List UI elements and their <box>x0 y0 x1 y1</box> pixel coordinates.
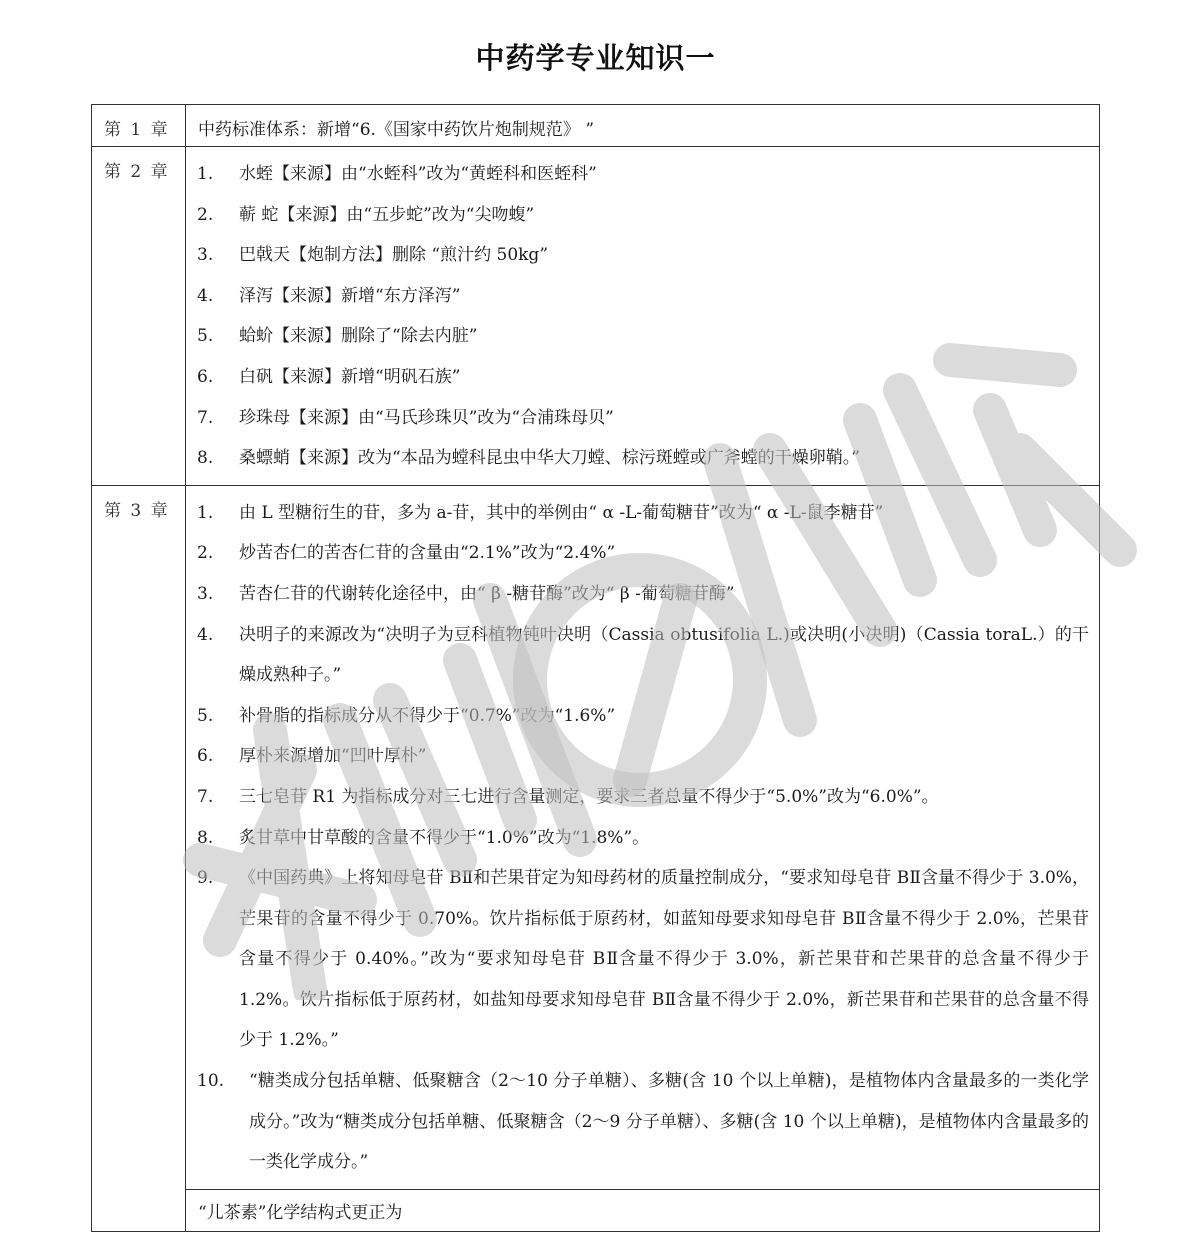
item-text: 巴戟天【炮制方法】删除 “煎汁约 50kg” <box>239 235 1099 276</box>
list-item: 10.“糖类成分包括单糖、低聚糖含（2～10 分子单糖）、多糖(含 10 个以上… <box>186 1061 1099 1183</box>
item-number: 5. <box>186 696 239 737</box>
item-text: 珍珠母【来源】由“马氏珍珠贝”改为“合浦珠母贝” <box>239 398 1099 439</box>
item-text: 水蛭【来源】由“水蛭科”改为“黄蛭科和医蛭科” <box>239 154 1099 195</box>
item-text: 苦杏仁苷的代谢转化途径中，由“ β -糖苷酶”改为“ β -葡萄糖苷酶” <box>239 574 1099 615</box>
item-number: 1. <box>186 154 239 195</box>
item-text: 泽泻【来源】新增“东方泽泻” <box>239 276 1099 317</box>
item-text: 炒苦杏仁的苦杏仁苷的含量由“2.1%”改为“2.4%” <box>239 533 1099 574</box>
item-text: 《中国药典》上将知母皂苷 BⅡ和芒果苷定为知母药材的质量控制成分，“要求知母皂苷… <box>239 858 1099 1061</box>
item-number: 7. <box>186 777 239 818</box>
list-item: 4.决明子的来源改为“决明子为豆科植物钝叶决明（Cassia obtusifol… <box>186 615 1099 696</box>
item-number: 3. <box>186 235 239 276</box>
list-item: 7.三七皂苷 R1 为指标成分对三七进行含量测定，要求三者总量不得少于“5.0%… <box>186 777 1099 818</box>
item-number: 4. <box>186 276 239 317</box>
item-number: 6. <box>186 736 239 777</box>
item-number: 8. <box>186 438 239 479</box>
change-list: 1.水蛭【来源】由“水蛭科”改为“黄蛭科和医蛭科” 2.蕲 蛇【来源】由“五步蛇… <box>186 147 1099 485</box>
list-item: 8.桑螵蛸【来源】改为“本品为螳科昆虫中华大刀螳、棕污斑螳或广斧螳的干燥卵鞘。” <box>186 438 1099 479</box>
item-number: 8. <box>186 818 239 859</box>
item-number: 2. <box>186 533 239 574</box>
item-number: 9. <box>186 858 239 1061</box>
list-item: 3.苦杏仁苷的代谢转化途径中，由“ β -糖苷酶”改为“ β -葡萄糖苷酶” <box>186 574 1099 615</box>
item-text: 厚朴来源增加“凹叶厚朴” <box>239 736 1099 777</box>
item-text: 蛤蚧【来源】删除了“除去内脏” <box>239 316 1099 357</box>
item-number: 7. <box>186 398 239 439</box>
item-text: 决明子的来源改为“决明子为豆科植物钝叶决明（Cassia obtusifolia… <box>239 615 1099 696</box>
catechin-note: “儿茶素”化学结构式更正为 <box>186 1189 1100 1231</box>
change-list: 1.由 L 型糖衍生的苷，多为 a-苷，其中的举例由“ α -L-葡萄糖苷”改为… <box>186 486 1099 1189</box>
list-item: 9.《中国药典》上将知母皂苷 BⅡ和芒果苷定为知母药材的质量控制成分，“要求知母… <box>186 858 1099 1061</box>
chapter-row-3: 第 3 章 1.由 L 型糖衍生的苷，多为 a-苷，其中的举例由“ α -L-葡… <box>92 485 1100 1189</box>
item-number: 4. <box>186 615 239 696</box>
item-number: 10. <box>186 1061 249 1183</box>
item-number: 2. <box>186 195 239 236</box>
list-item: 1.由 L 型糖衍生的苷，多为 a-苷，其中的举例由“ α -L-葡萄糖苷”改为… <box>186 493 1099 534</box>
chapter-row-1: 第 1 章 中药标准体系：新增“6.《国家中药饮片炮制规范》 ” <box>92 105 1100 147</box>
list-item: 7.珍珠母【来源】由“马氏珍珠贝”改为“合浦珠母贝” <box>186 398 1099 439</box>
list-item: 6.白矾【来源】新增“明矾石族” <box>186 357 1099 398</box>
item-number: 3. <box>186 574 239 615</box>
chapter-content: 中药标准体系：新增“6.《国家中药饮片炮制规范》 ” <box>186 105 1100 147</box>
item-text: 由 L 型糖衍生的苷，多为 a-苷，其中的举例由“ α -L-葡萄糖苷”改为“ … <box>239 493 1099 534</box>
item-number: 1. <box>186 493 239 534</box>
chapter-label: 第 1 章 <box>92 105 186 147</box>
item-number: 6. <box>186 357 239 398</box>
item-text: 桑螵蛸【来源】改为“本品为螳科昆虫中华大刀螳、棕污斑螳或广斧螳的干燥卵鞘。” <box>239 438 1099 479</box>
list-item: 8.炙甘草中甘草酸的含量不得少于“1.0%”改为“1.8%”。 <box>186 818 1099 859</box>
chapter-label: 第 3 章 <box>92 485 186 1231</box>
item-text: 蕲 蛇【来源】由“五步蛇”改为“尖吻蝮” <box>239 195 1099 236</box>
list-item: 5.补骨脂的指标成分从不得少于“0.7%”改为“1.6%” <box>186 696 1099 737</box>
chapter-row-2: 第 2 章 1.水蛭【来源】由“水蛭科”改为“黄蛭科和医蛭科” 2.蕲 蛇【来源… <box>92 147 1100 486</box>
list-item: 2.蕲 蛇【来源】由“五步蛇”改为“尖吻蝮” <box>186 195 1099 236</box>
list-item: 4.泽泻【来源】新增“东方泽泻” <box>186 276 1099 317</box>
item-text: 白矾【来源】新增“明矾石族” <box>239 357 1099 398</box>
list-item: 3.巴戟天【炮制方法】删除 “煎汁约 50kg” <box>186 235 1099 276</box>
item-text: “糖类成分包括单糖、低聚糖含（2～10 分子单糖）、多糖(含 10 个以上单糖)… <box>249 1061 1099 1183</box>
list-item: 6.厚朴来源增加“凹叶厚朴” <box>186 736 1099 777</box>
list-item: 2.炒苦杏仁的苦杏仁苷的含量由“2.1%”改为“2.4%” <box>186 533 1099 574</box>
item-text: 炙甘草中甘草酸的含量不得少于“1.0%”改为“1.8%”。 <box>239 818 1099 859</box>
list-item: 5.蛤蚧【来源】删除了“除去内脏” <box>186 316 1099 357</box>
chapter-row-3-extra: “儿茶素”化学结构式更正为 <box>92 1189 1100 1231</box>
item-text: 三七皂苷 R1 为指标成分对三七进行含量测定，要求三者总量不得少于“5.0%”改… <box>239 777 1099 818</box>
document-title: 中药学专业知识一 <box>0 36 1191 77</box>
item-text: 补骨脂的指标成分从不得少于“0.7%”改为“1.6%” <box>239 696 1099 737</box>
chapter-label: 第 2 章 <box>92 147 186 486</box>
changes-table: 第 1 章 中药标准体系：新增“6.《国家中药饮片炮制规范》 ” 第 2 章 1… <box>91 104 1100 1232</box>
item-number: 5. <box>186 316 239 357</box>
list-item: 1.水蛭【来源】由“水蛭科”改为“黄蛭科和医蛭科” <box>186 154 1099 195</box>
